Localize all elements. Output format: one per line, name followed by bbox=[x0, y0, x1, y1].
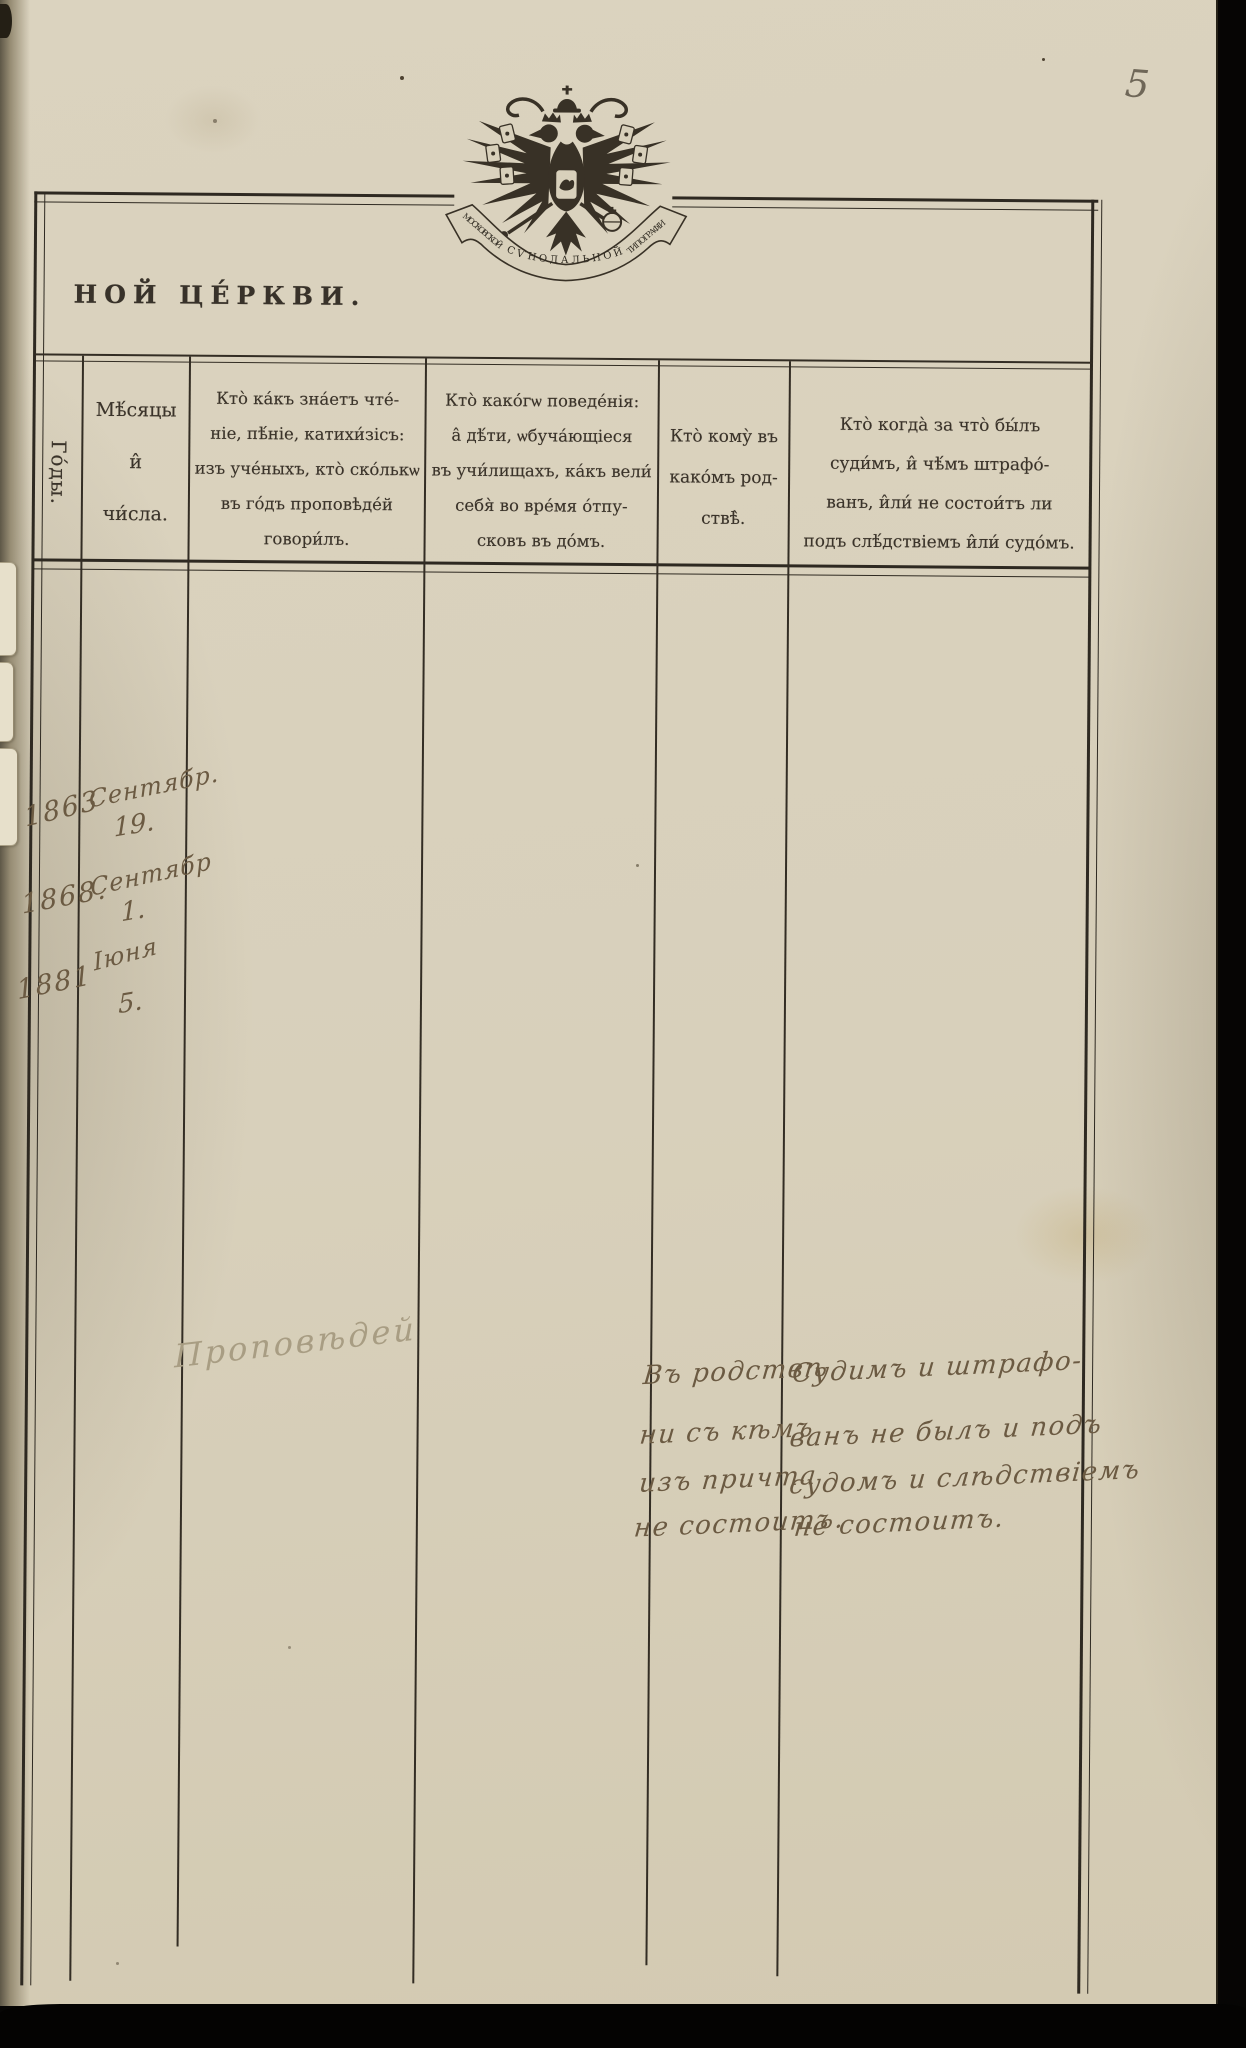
header-line: суди́мъ, и̂ чѣ́мъ штрафо́- bbox=[790, 444, 1089, 485]
entry-month: Сентябр bbox=[89, 847, 212, 902]
header-line: ванъ, и̂ли́ не состои́тъ ли bbox=[790, 483, 1089, 524]
header-kinship: Кто̀ кому̀ въ како́мъ род- ствѣ̀. bbox=[659, 416, 789, 540]
header-line: како́мъ род- bbox=[659, 457, 788, 499]
column-rule-2 bbox=[177, 357, 191, 1947]
frame-top-left-segment bbox=[34, 191, 454, 205]
header-line: Кто̀ кому̀ въ bbox=[659, 416, 788, 458]
note-sermons: Проповѣдей bbox=[174, 1309, 417, 1375]
header-line: Кто̀ ка́къ зна́етъ чте́- bbox=[191, 381, 425, 418]
header-years: Го́ды. bbox=[36, 407, 81, 537]
entry-day: 19. bbox=[113, 807, 155, 844]
page-heading: НОЙ ЦЕ́РКВИ. bbox=[73, 280, 366, 311]
header-months: Мѣ́сяцы и̂ чи́сла. bbox=[83, 384, 189, 541]
header-line: чи́сла. bbox=[83, 488, 188, 541]
header-line: Кто̀ когда̀ за что̀ бы́лъ bbox=[790, 405, 1089, 446]
page-content: 5 bbox=[0, 0, 1246, 2048]
entry-month: Іюня bbox=[92, 932, 159, 977]
header-line: изъ уче́ныхъ, кто̀ ско́лькѡ bbox=[190, 451, 424, 488]
imperial-eagle-emblem: МОСКОВСКОЙ СѴНОДАЛЬНОЙ ТИПОГРАФІИ bbox=[444, 83, 690, 285]
note-judgment-line: ванъ не былъ и подъ bbox=[788, 1410, 1104, 1454]
header-judgment: Кто̀ когда̀ за что̀ бы́лъ суди́мъ, и̂ чѣ… bbox=[789, 405, 1089, 563]
entry-year: 1881 bbox=[15, 960, 93, 1006]
column-rule-3 bbox=[412, 358, 427, 1983]
header-conduct: Кто̀ како́гѡ поведе́нія: а̂ дѣ́ти, ѡбуча… bbox=[425, 382, 657, 559]
scan-bottom-edge bbox=[0, 2004, 1246, 2048]
header-line: въ го́дъ проповѣде́й bbox=[190, 486, 424, 523]
header-line: говори́лъ. bbox=[189, 521, 423, 558]
header-reading-singing: Кто̀ ка́къ зна́етъ чте́- ніе, пѣ́ніе, ка… bbox=[189, 381, 424, 558]
header-line: ствѣ̀. bbox=[659, 498, 788, 540]
frame-top-right-segment bbox=[672, 196, 1098, 210]
header-line: Кто̀ како́гѡ поведе́нія: bbox=[427, 382, 658, 419]
header-line: а̂ дѣ́ти, ѡбуча́ющіеся bbox=[426, 417, 657, 454]
entry-day: 1. bbox=[120, 894, 145, 928]
header-line: Мѣ́сяцы bbox=[83, 384, 188, 437]
orb bbox=[603, 207, 621, 231]
column-rule-5 bbox=[776, 361, 791, 1976]
header-line: подъ слѣ́дствіемъ и̂ли́ судо́мъ. bbox=[789, 522, 1088, 563]
note-judgment-line: Судимъ и штрафо- bbox=[791, 1346, 1084, 1389]
header-years-label: Го́ды. bbox=[46, 440, 71, 505]
entry-day: 5. bbox=[118, 986, 143, 1020]
chest-shield bbox=[555, 169, 577, 199]
scan-right-edge bbox=[1216, 0, 1246, 2048]
folio-number: 5 bbox=[1124, 61, 1152, 107]
table-top-rule bbox=[35, 353, 1092, 369]
column-rule-1 bbox=[69, 356, 84, 1981]
header-line: сковъ въ до́мъ. bbox=[425, 522, 656, 559]
header-line: ніе, пѣ́ніе, катихи́зісъ: bbox=[190, 416, 424, 453]
column-rule-4 bbox=[645, 360, 660, 1965]
header-line: и̂ bbox=[83, 436, 188, 489]
header-line: въ учи́лищахъ, ка́къ вели́ bbox=[426, 452, 657, 489]
header-line: себя̀ во вре́мя о́тпу- bbox=[426, 487, 657, 524]
